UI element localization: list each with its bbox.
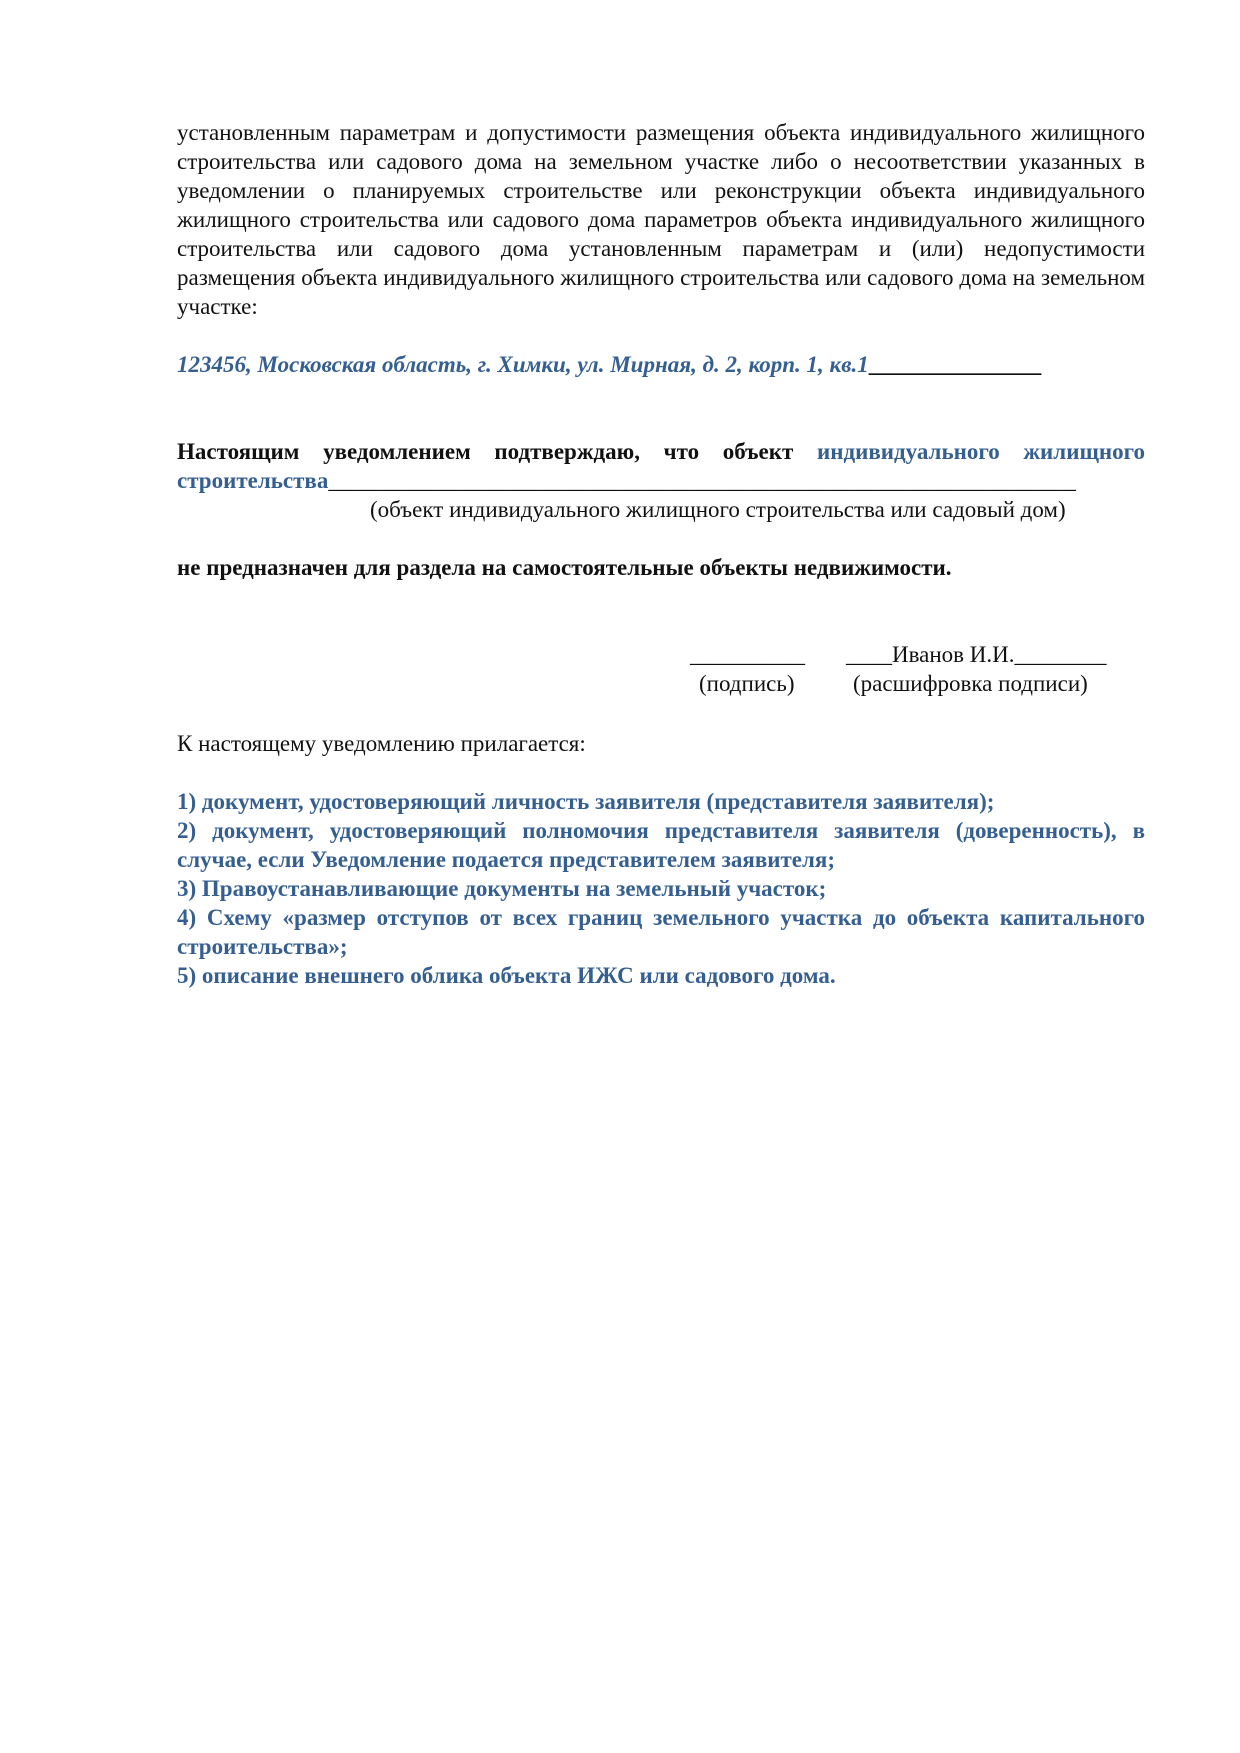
address-underline: _______________	[869, 352, 1042, 377]
name-field: ____Иванов И.И.________	[846, 640, 1107, 669]
attachment-item: 3) Правоустанавливающие документы на зем…	[177, 874, 1145, 903]
confirmation-lead: Настоящим уведомлением подтверждаю, что …	[177, 439, 817, 464]
signer-name: Иванов И.И.	[892, 642, 1015, 667]
signature-line: __________	[690, 640, 805, 669]
attachment-item: 5) описание внешнего облика объекта ИЖС …	[177, 961, 1145, 990]
confirmation-paragraph: Настоящим уведомлением подтверждаю, что …	[177, 437, 1145, 495]
signature-block: __________ (подпись) ____Иванов И.И.____…	[177, 640, 1145, 700]
signature-caption: (подпись)	[699, 669, 794, 698]
name-prefix-line: ____	[846, 642, 892, 667]
document-page: установленным параметрам и допустимости …	[177, 118, 1145, 990]
attachment-item: 1) документ, удостоверяющий личность зая…	[177, 787, 1145, 816]
object-type-underline: ________________________________________…	[328, 468, 1076, 493]
attachments-heading: К настоящему уведомлению прилагается:	[177, 729, 1145, 758]
name-caption: (расшифровка подписи)	[853, 669, 1088, 698]
name-suffix-line: ________	[1015, 642, 1107, 667]
not-divisible-statement: не предназначен для раздела на самостоят…	[177, 553, 1145, 582]
attachments-list: 1) документ, удостоверяющий личность зая…	[177, 787, 1145, 990]
address-value: 123456, Московская область, г. Химки, ул…	[177, 352, 869, 377]
attachment-item: 4) Схему «размер отступов от всех границ…	[177, 903, 1145, 961]
attachment-item: 2) документ, удостоверяющий полномочия п…	[177, 816, 1145, 874]
object-type-caption: (объект индивидуального жилищного строит…	[177, 495, 1145, 524]
intro-paragraph: установленным параметрам и допустимости …	[177, 118, 1145, 321]
address-field: 123456, Московская область, г. Химки, ул…	[177, 350, 1145, 379]
